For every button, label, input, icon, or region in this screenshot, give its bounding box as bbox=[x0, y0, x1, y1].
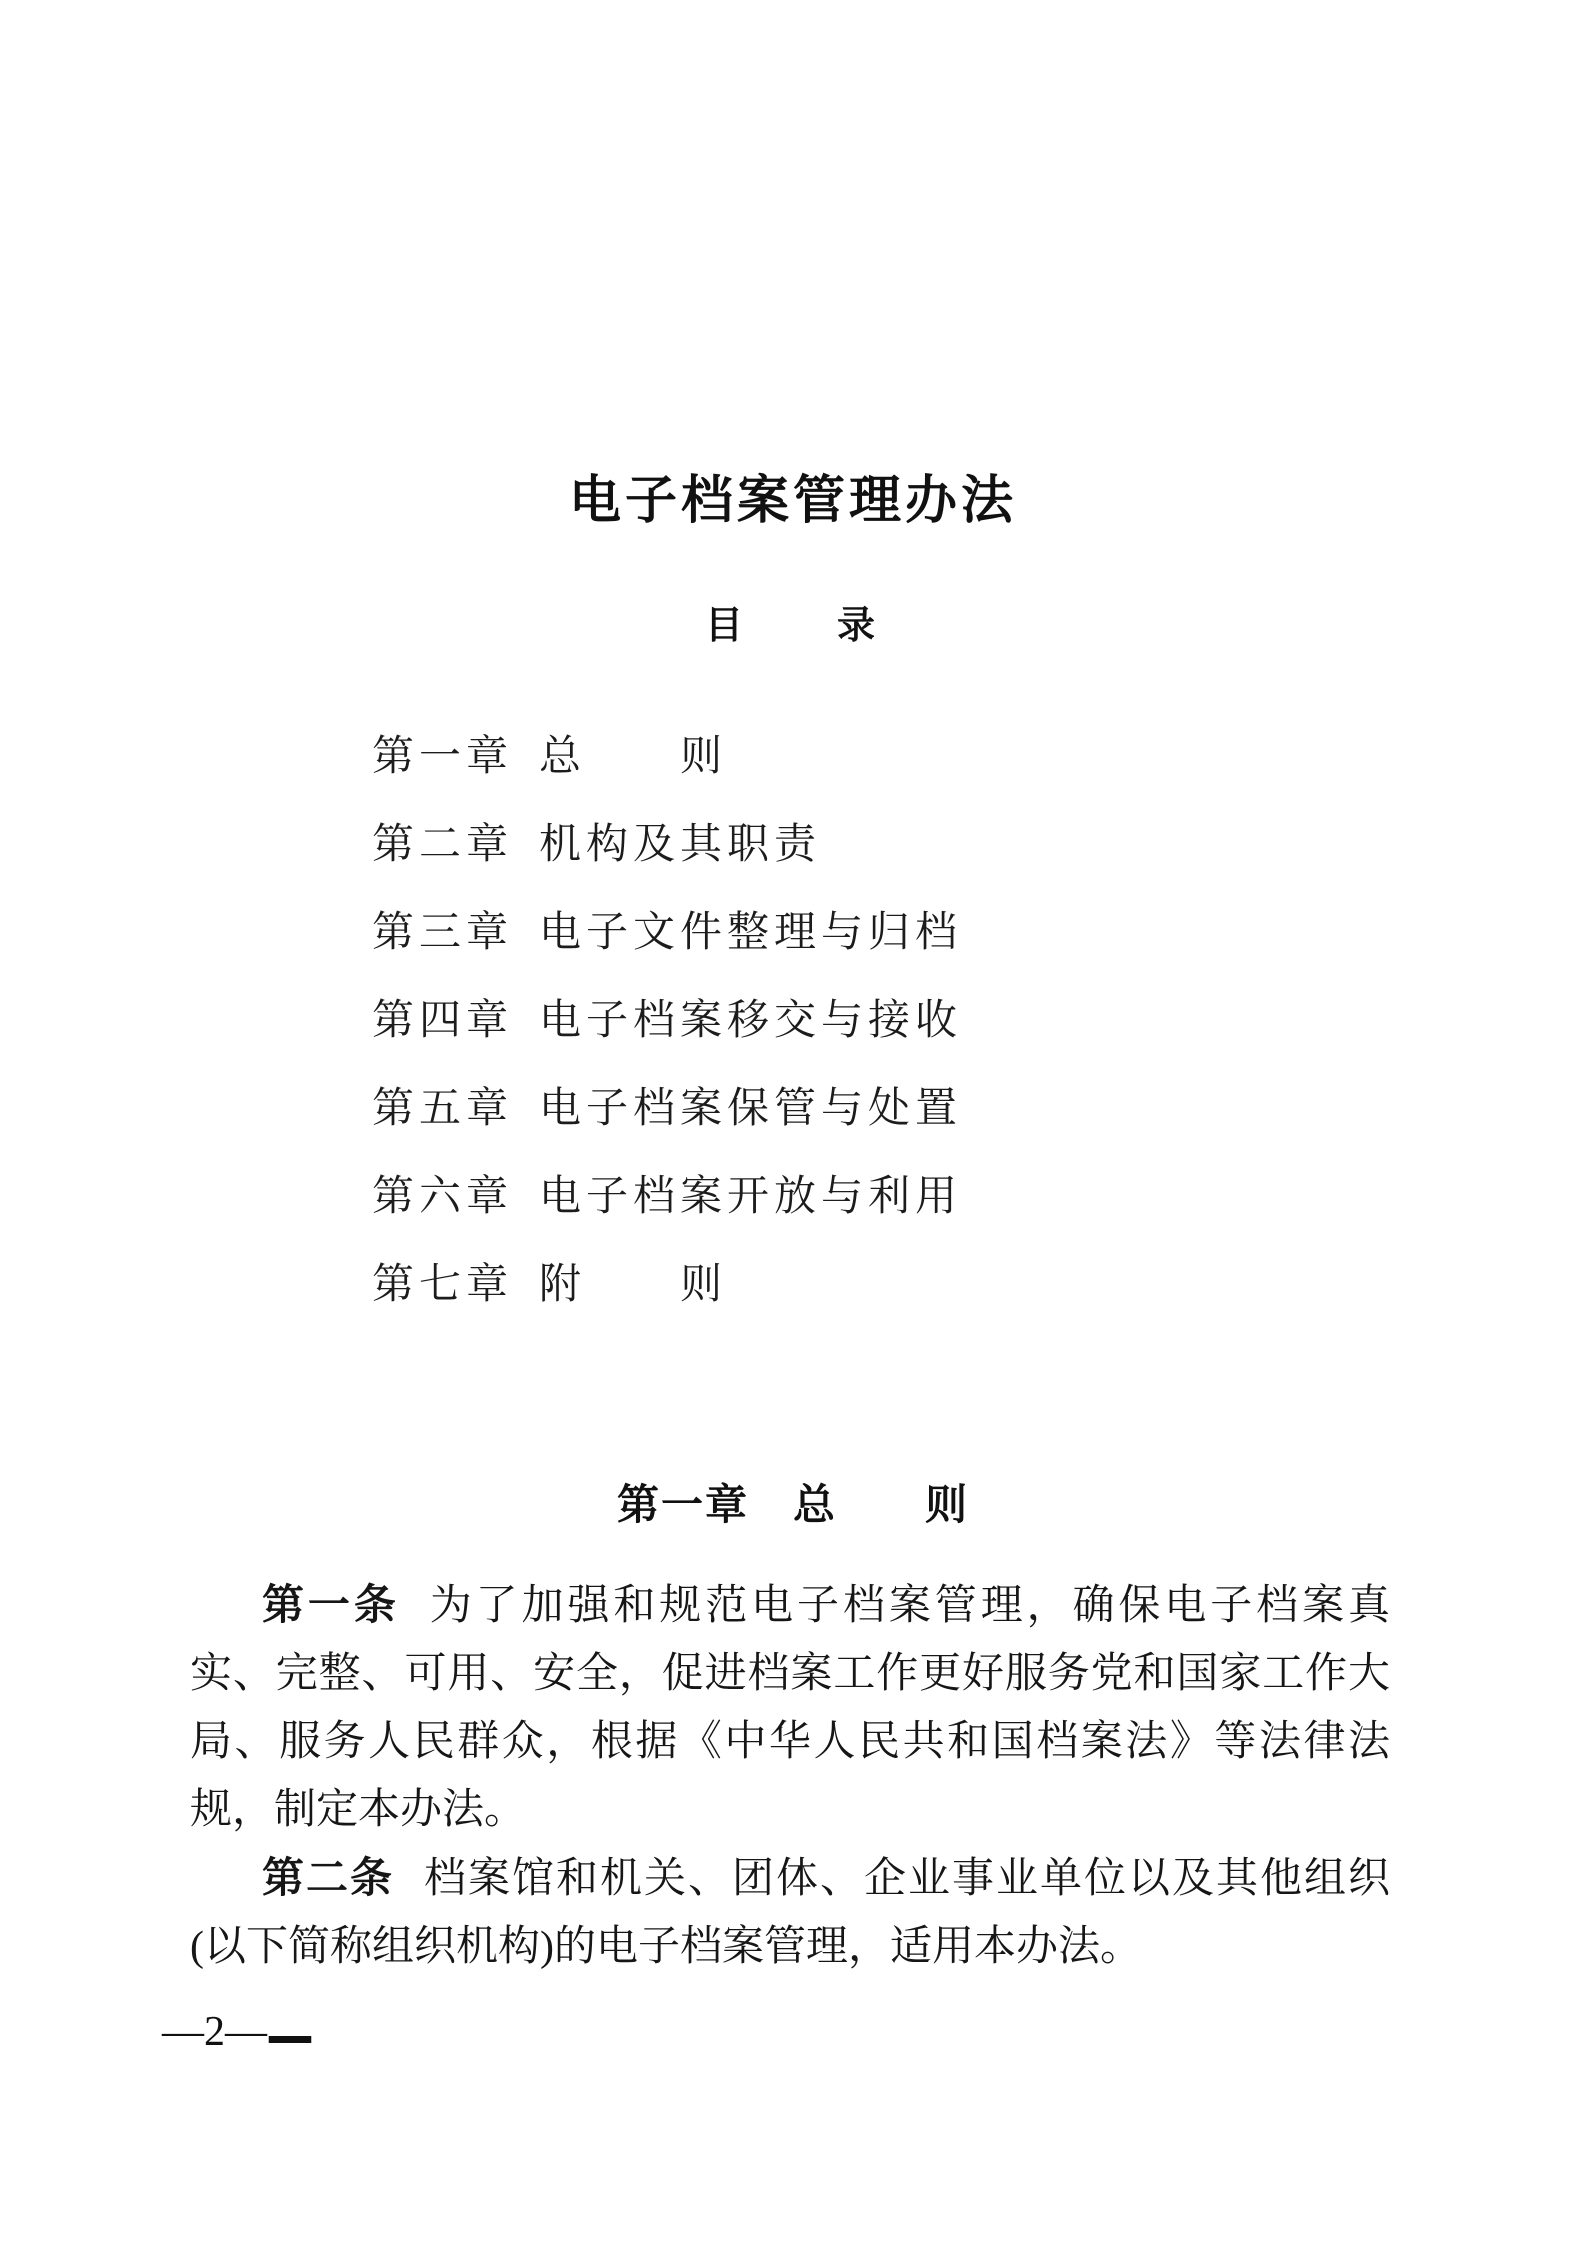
toc-chapter-title: 总 则 bbox=[539, 734, 727, 780]
toc-chapter-label: 第四章 bbox=[372, 998, 513, 1044]
toc-chapter-label: 第一章 bbox=[372, 734, 513, 780]
document-title: 电子档案管理办法 bbox=[0, 471, 1586, 533]
toc-chapter-title: 附 则 bbox=[539, 1262, 727, 1308]
page-number: —2— bbox=[162, 2009, 267, 2055]
thick-dash-mark: — bbox=[269, 1970, 311, 2095]
toc-list: 第一章总 则 第二章机构及其职责 第三章电子文件整理与归档 第四章电子档案移交与… bbox=[372, 713, 962, 1329]
toc-item-chapter-5: 第五章电子档案保管与处置 bbox=[372, 1065, 962, 1153]
toc-item-chapter-4: 第四章电子档案移交与接收 bbox=[372, 977, 962, 1065]
toc-chapter-label: 第二章 bbox=[372, 822, 513, 868]
body-text: 第一条为了加强和规范电子档案管理，确保电子档案真 实、完整、可用、安全，促进档案… bbox=[190, 1571, 1390, 1981]
article-2-line-1-text: 档案馆和机关、团体、企业事业单位以及其他组织 bbox=[424, 1856, 1390, 1902]
article-1-line-3: 局、服务人民群众，根据《中华人民共和国档案法》等法律法 bbox=[190, 1708, 1390, 1776]
toc-chapter-label: 第六章 bbox=[372, 1174, 513, 1220]
toc-chapter-title: 机构及其职责 bbox=[539, 822, 821, 868]
toc-item-chapter-3: 第三章电子文件整理与归档 bbox=[372, 889, 962, 977]
toc-item-chapter-1: 第一章总 则 bbox=[372, 713, 962, 801]
article-1-label: 第一条 bbox=[262, 1581, 400, 1628]
document-page: 电子档案管理办法 目 录 第一章总 则 第二章机构及其职责 第三章电子文件整理与… bbox=[0, 0, 1586, 2244]
article-1: 第一条为了加强和规范电子档案管理，确保电子档案真 实、完整、可用、安全，促进档案… bbox=[190, 1571, 1390, 1844]
article-2-label: 第二条 bbox=[262, 1854, 394, 1901]
article-2-line-2: (以下简称组织机构)的电子档案管理，适用本办法。 bbox=[190, 1913, 1390, 1981]
article-1-line-2: 实、完整、可用、安全，促进档案工作更好服务党和国家工作大 bbox=[190, 1640, 1390, 1708]
page-footer: —2—— bbox=[162, 2006, 311, 2058]
toc-chapter-label: 第三章 bbox=[372, 910, 513, 956]
toc-chapter-title: 电子档案开放与利用 bbox=[539, 1174, 962, 1220]
article-1-line-1: 第一条为了加强和规范电子档案管理，确保电子档案真 bbox=[190, 1571, 1390, 1640]
toc-chapter-title: 电子文件整理与归档 bbox=[539, 910, 962, 956]
article-1-line-1-text: 为了加强和规范电子档案管理，确保电子档案真 bbox=[430, 1583, 1390, 1629]
toc-chapter-title: 电子档案保管与处置 bbox=[539, 1086, 962, 1132]
toc-chapter-label: 第七章 bbox=[372, 1262, 513, 1308]
toc-chapter-label: 第五章 bbox=[372, 1086, 513, 1132]
article-2-line-1: 第二条档案馆和机关、团体、企业事业单位以及其他组织 bbox=[190, 1844, 1390, 1913]
article-2: 第二条档案馆和机关、团体、企业事业单位以及其他组织 (以下简称组织机构)的电子档… bbox=[190, 1844, 1390, 1981]
toc-item-chapter-6: 第六章电子档案开放与利用 bbox=[372, 1153, 962, 1241]
article-1-line-4: 规，制定本办法。 bbox=[190, 1776, 1390, 1844]
chapter-1-heading: 第一章 总 则 bbox=[0, 1477, 1586, 1533]
toc-item-chapter-2: 第二章机构及其职责 bbox=[372, 801, 962, 889]
toc-item-chapter-7: 第七章附 则 bbox=[372, 1241, 962, 1329]
toc-heading: 目 录 bbox=[0, 600, 1586, 652]
toc-chapter-title: 电子档案移交与接收 bbox=[539, 998, 962, 1044]
